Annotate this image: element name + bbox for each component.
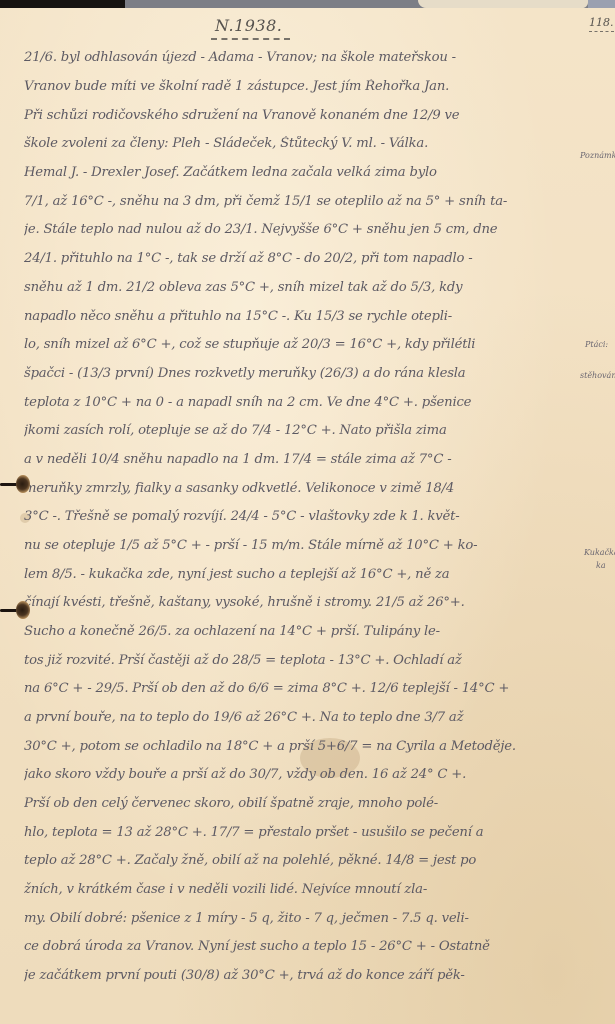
text-line: Hemal J. - Drexler Josef. Začátkem ledna… [24, 165, 584, 180]
text-line: lem 8/5. - kukačka zde, nyní jest sucho … [24, 567, 584, 582]
text-line: nu se otepluje 1/5 až 5°C + - prší - 15 … [24, 538, 584, 553]
text-line: 7/1, až 16°C -, sněhu na 3 dm, při čemž … [24, 194, 584, 209]
binder-hole [16, 475, 30, 493]
binder-hole [16, 601, 30, 619]
text-line: 21/6. byl odhlasován újezd - Adama - Vra… [24, 50, 584, 65]
scan-background-object [418, 0, 588, 8]
text-line: ce dobrá úroda za Vranov. Nyní jest such… [24, 939, 584, 954]
text-line: je začátkem první pouti (30/8) až 30°C +… [24, 968, 584, 983]
text-line: my. Obilí dobré: pšenice z 1 míry - 5 q,… [24, 911, 584, 926]
page-header-year: N.1938. [215, 16, 282, 35]
text-line: je. Stále teplo nad nulou až do 23/1. Ne… [24, 222, 584, 237]
text-line: Vranov bude míti ve školní radě 1 zástup… [24, 79, 584, 94]
text-line: Prší ob den celý červenec skoro, obilí š… [24, 796, 584, 811]
margin-note: ka [596, 561, 606, 570]
text-line: 24/1. přituhlo na 1°C -, tak se drží až … [24, 251, 584, 266]
margin-note: Poznámka: [580, 151, 615, 160]
text-line: tos již rozvité. Prší častěji až do 28/5… [24, 653, 584, 668]
text-line: špačci - (13/3 první) Dnes rozkvetly mer… [24, 366, 584, 381]
text-line: hlo, teplota = 13 až 28°C +. 17/7 = přes… [24, 825, 584, 840]
page-number: 118. [589, 16, 614, 29]
scan-background-edge [588, 0, 615, 8]
text-line: 3°C -. Třešně se pomalý rozvíjí. 24/4 - … [24, 509, 584, 524]
text-line: čínají kvésti, třešně, kaštany, vysoké, … [24, 595, 584, 610]
scan-background-strip [0, 0, 615, 8]
text-line: meruňky zmrzly, fialky a sasanky odkvetl… [24, 481, 584, 496]
text-line: jkomi zasích rolí, otepluje se až do 7/4… [24, 423, 584, 438]
margin-note: stěhování [580, 371, 615, 380]
text-line: Sucho a konečně 26/5. za ochlazení na 14… [24, 624, 584, 639]
text-line: 30°C +, potom se ochladilo na 18°C + a p… [24, 739, 584, 754]
text-line: sněhu až 1 dm. 21/2 obleva zas 5°C +, sn… [24, 280, 584, 295]
text-line: teplota z 10°C + na 0 - a napadl sníh na… [24, 395, 584, 410]
text-line: jako skoro vždy bouře a prší až do 30/7,… [24, 767, 584, 782]
margin-note: Ptáci: [585, 340, 608, 349]
text-line: na 6°C + - 29/5. Prší ob den až do 6/6 =… [24, 681, 584, 696]
text-line: škole zvoleni za členy: Pleh - Sládeček,… [24, 136, 584, 151]
text-line: a v neděli 10/4 sněhu napadlo na 1 dm. 1… [24, 452, 584, 467]
text-line: teplo až 28°C +. Začaly žně, obilí až na… [24, 853, 584, 868]
text-line: lo, sníh mizel až 6°C +, což se stupňuje… [24, 337, 584, 352]
text-line: napadlo něco sněhu a přituhlo na 15°C -.… [24, 309, 584, 324]
text-line: Při schůzi rodičovského sdružení na Vran… [24, 108, 584, 123]
scan-background-dark [0, 0, 125, 8]
manuscript-page: N.1938. 118. 21/6. byl odhlasován újezd … [0, 8, 615, 1024]
margin-note: Kukačka - [584, 548, 615, 557]
text-line: žních, v krátkém čase i v neděli vozili … [24, 882, 584, 897]
text-line: a první bouře, na to teplo do 19/6 až 26… [24, 710, 584, 725]
